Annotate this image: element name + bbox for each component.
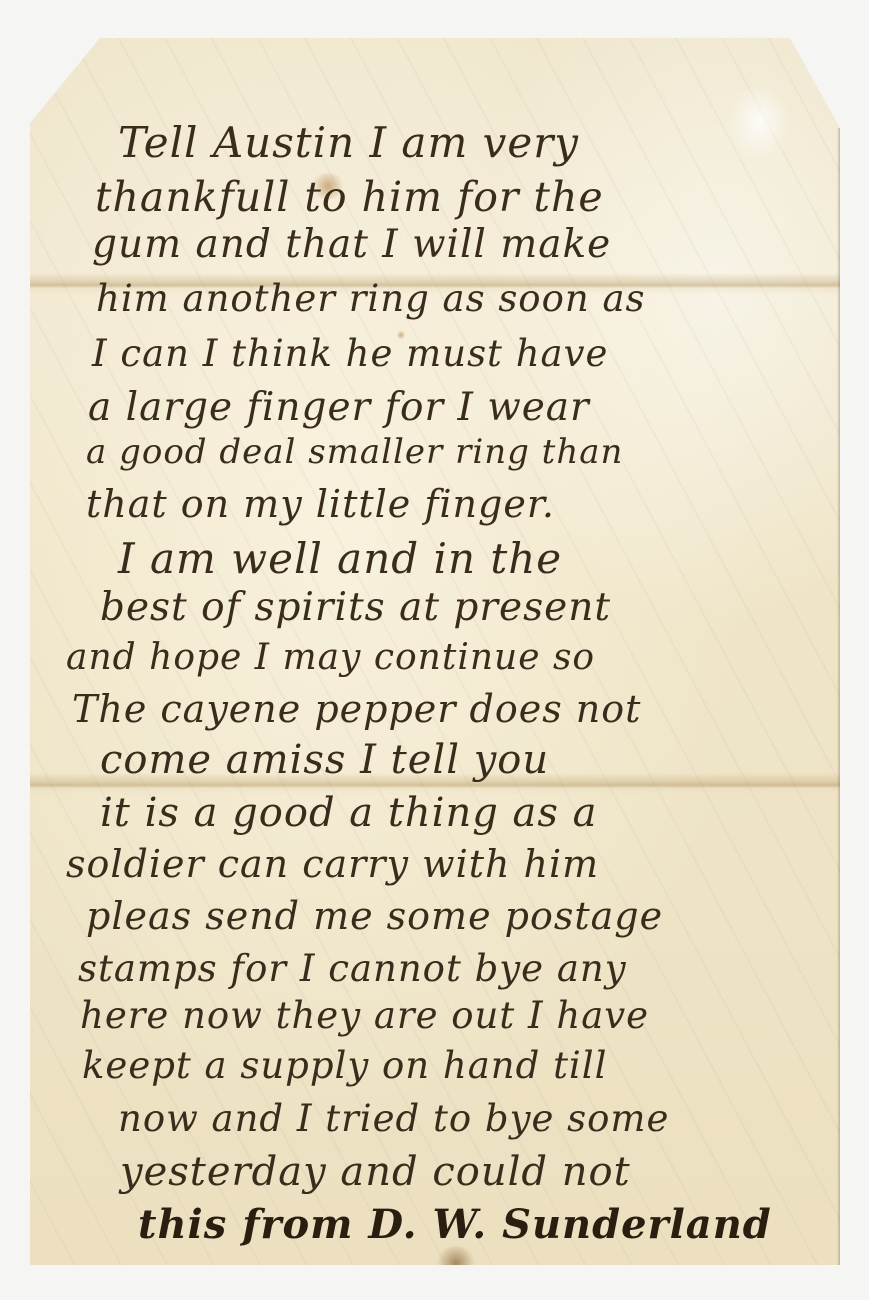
paper-edge: [837, 128, 840, 1265]
letter-line: thankfull to him for the: [95, 177, 604, 218]
letter-line: stamps for I cannot bye any: [78, 950, 627, 987]
letter-line: a good deal smaller ring than: [86, 435, 623, 469]
letter-line: pleas send me some postage: [86, 897, 663, 935]
letter-line: and hope I may continue so: [66, 640, 595, 676]
letter-line: it is a good a thing as a: [100, 793, 597, 833]
letter-line: soldier can carry with him: [66, 845, 599, 883]
letter-line: him another ring as soon as: [96, 280, 646, 317]
letter-line: keept a supply on hand till: [82, 1047, 607, 1084]
letter-line: best of spirits at present: [100, 588, 611, 627]
letter-line: I am well and in the: [118, 538, 562, 580]
letter-line: gum and that I will make: [92, 225, 611, 264]
letter-line: that on my little finger.: [86, 485, 555, 523]
letter-line: The cayene pepper does not: [72, 690, 641, 728]
letter-line: yesterday and could not: [120, 1152, 631, 1192]
letter-line: a large finger for I wear: [88, 388, 590, 427]
ink-stain: [435, 1246, 477, 1280]
letter-line: here now they are out I have: [80, 997, 649, 1034]
letter-line: I can I think he must have: [92, 335, 608, 372]
page-background: Tell Austin I am very thankfull to him f…: [0, 0, 869, 1300]
embossed-stamp-mark: [730, 86, 788, 158]
letter-line: now and I tried to bye some: [118, 1100, 669, 1137]
letter-line: Tell Austin I am very: [118, 122, 579, 164]
letter-line: come amiss I tell you: [100, 740, 549, 780]
signature-line: this from D. W. Sunderland: [138, 1205, 772, 1245]
